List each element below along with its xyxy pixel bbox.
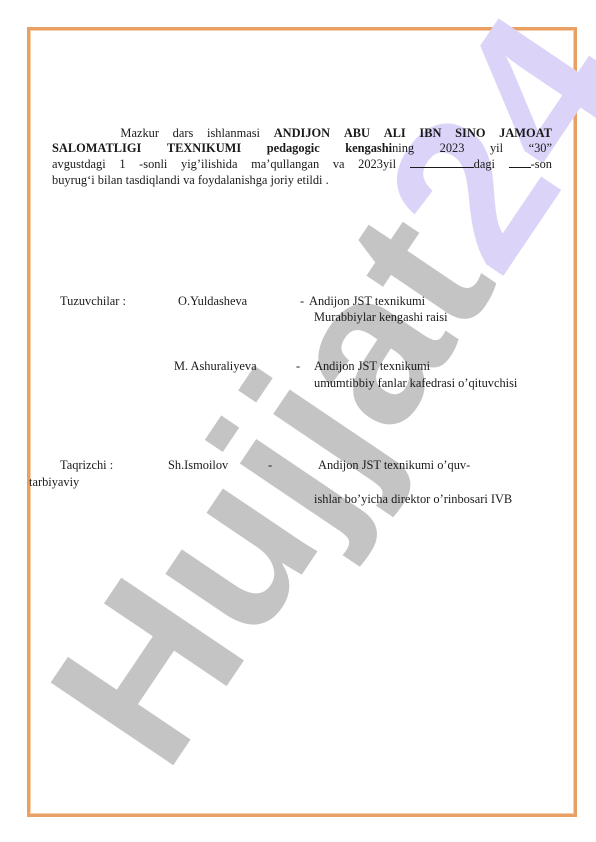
year: 2023 [440,141,465,155]
word: kengashining [345,141,414,155]
author-org: Andijon JST texnikumi [309,294,425,309]
author-name: O.Yuldasheva [178,294,247,309]
word: -son [531,157,552,171]
author-dash: - [296,359,300,374]
paragraph-line-3: avgustdagi 1 -sonli yig’ilishida ma’qull… [52,156,552,172]
authors-label: Tuzuvchilar : [60,294,126,309]
word: Mazkur [120,126,159,140]
blank-line [410,156,474,168]
reviewer-dash: - [268,458,272,473]
reviewer-org: Andijon JST texnikumi o’quv- [318,458,470,473]
institution-name: ABU [344,126,370,140]
word: dars [173,126,194,140]
word-suffix: ning [392,141,414,155]
word: va [333,157,345,171]
paragraph-line-2: SALOMATLIGI TEXNIKUMI pedagogic kengashi… [52,141,552,156]
word: yil [490,141,503,155]
reviewer-name: Sh.Ismoilov [168,458,228,473]
reviewer-role: ishlar bo’yicha direktor o’rinbosari IVB [314,492,512,507]
word: ishlanmasi [207,126,260,140]
word: avgustdagi [52,157,106,171]
institution-name: ALI [384,126,406,140]
word: -sonli [139,157,167,171]
paragraph-line-1: Mazkur dars ishlanmasi ANDIJON ABU ALI I… [52,126,552,141]
council-name: pedagogic [267,141,320,155]
council-name: kengashi [345,141,392,155]
author-name: M. Ashuraliyeva [174,359,257,374]
author-role: Murabbiylar kengashi raisi [314,310,448,325]
meeting-number: 1 [119,157,125,171]
institution-name: SINO [455,126,485,140]
author-role: umumtibbiy fanlar kafedrasi o’qituvchisi [314,376,517,391]
institution-name: IBN [419,126,441,140]
reviewer-org-wrap: tarbiyaviy [29,475,79,490]
blank-line [509,156,531,168]
reviewer-label: Taqrizchi : [60,458,113,473]
approval-paragraph: Mazkur dars ishlanmasi ANDIJON ABU ALI I… [52,126,552,188]
order-number-blank: -son [509,157,552,171]
author-org: Andijon JST texnikumi [314,359,430,374]
word: ma’qullangan [251,157,319,171]
institution-name: JAMOAT [499,126,552,140]
word: yig’ilishida [181,157,237,171]
paragraph-line-4: buyrug‘i bilan tasdiqlandi va foydalanis… [52,173,552,188]
institution-name: ANDIJON [274,126,330,140]
date-blank: dagi [410,157,495,171]
word: 2023yil [358,157,396,171]
day: “30” [529,141,552,155]
institution-name: SALOMATLIGI [52,141,141,155]
author-dash: - [300,294,304,309]
institution-name: TEXNIKUMI [167,141,241,155]
document-page: Mazkur dars ishlanmasi ANDIJON ABU ALI I… [0,0,596,842]
word: dagi [474,157,495,171]
